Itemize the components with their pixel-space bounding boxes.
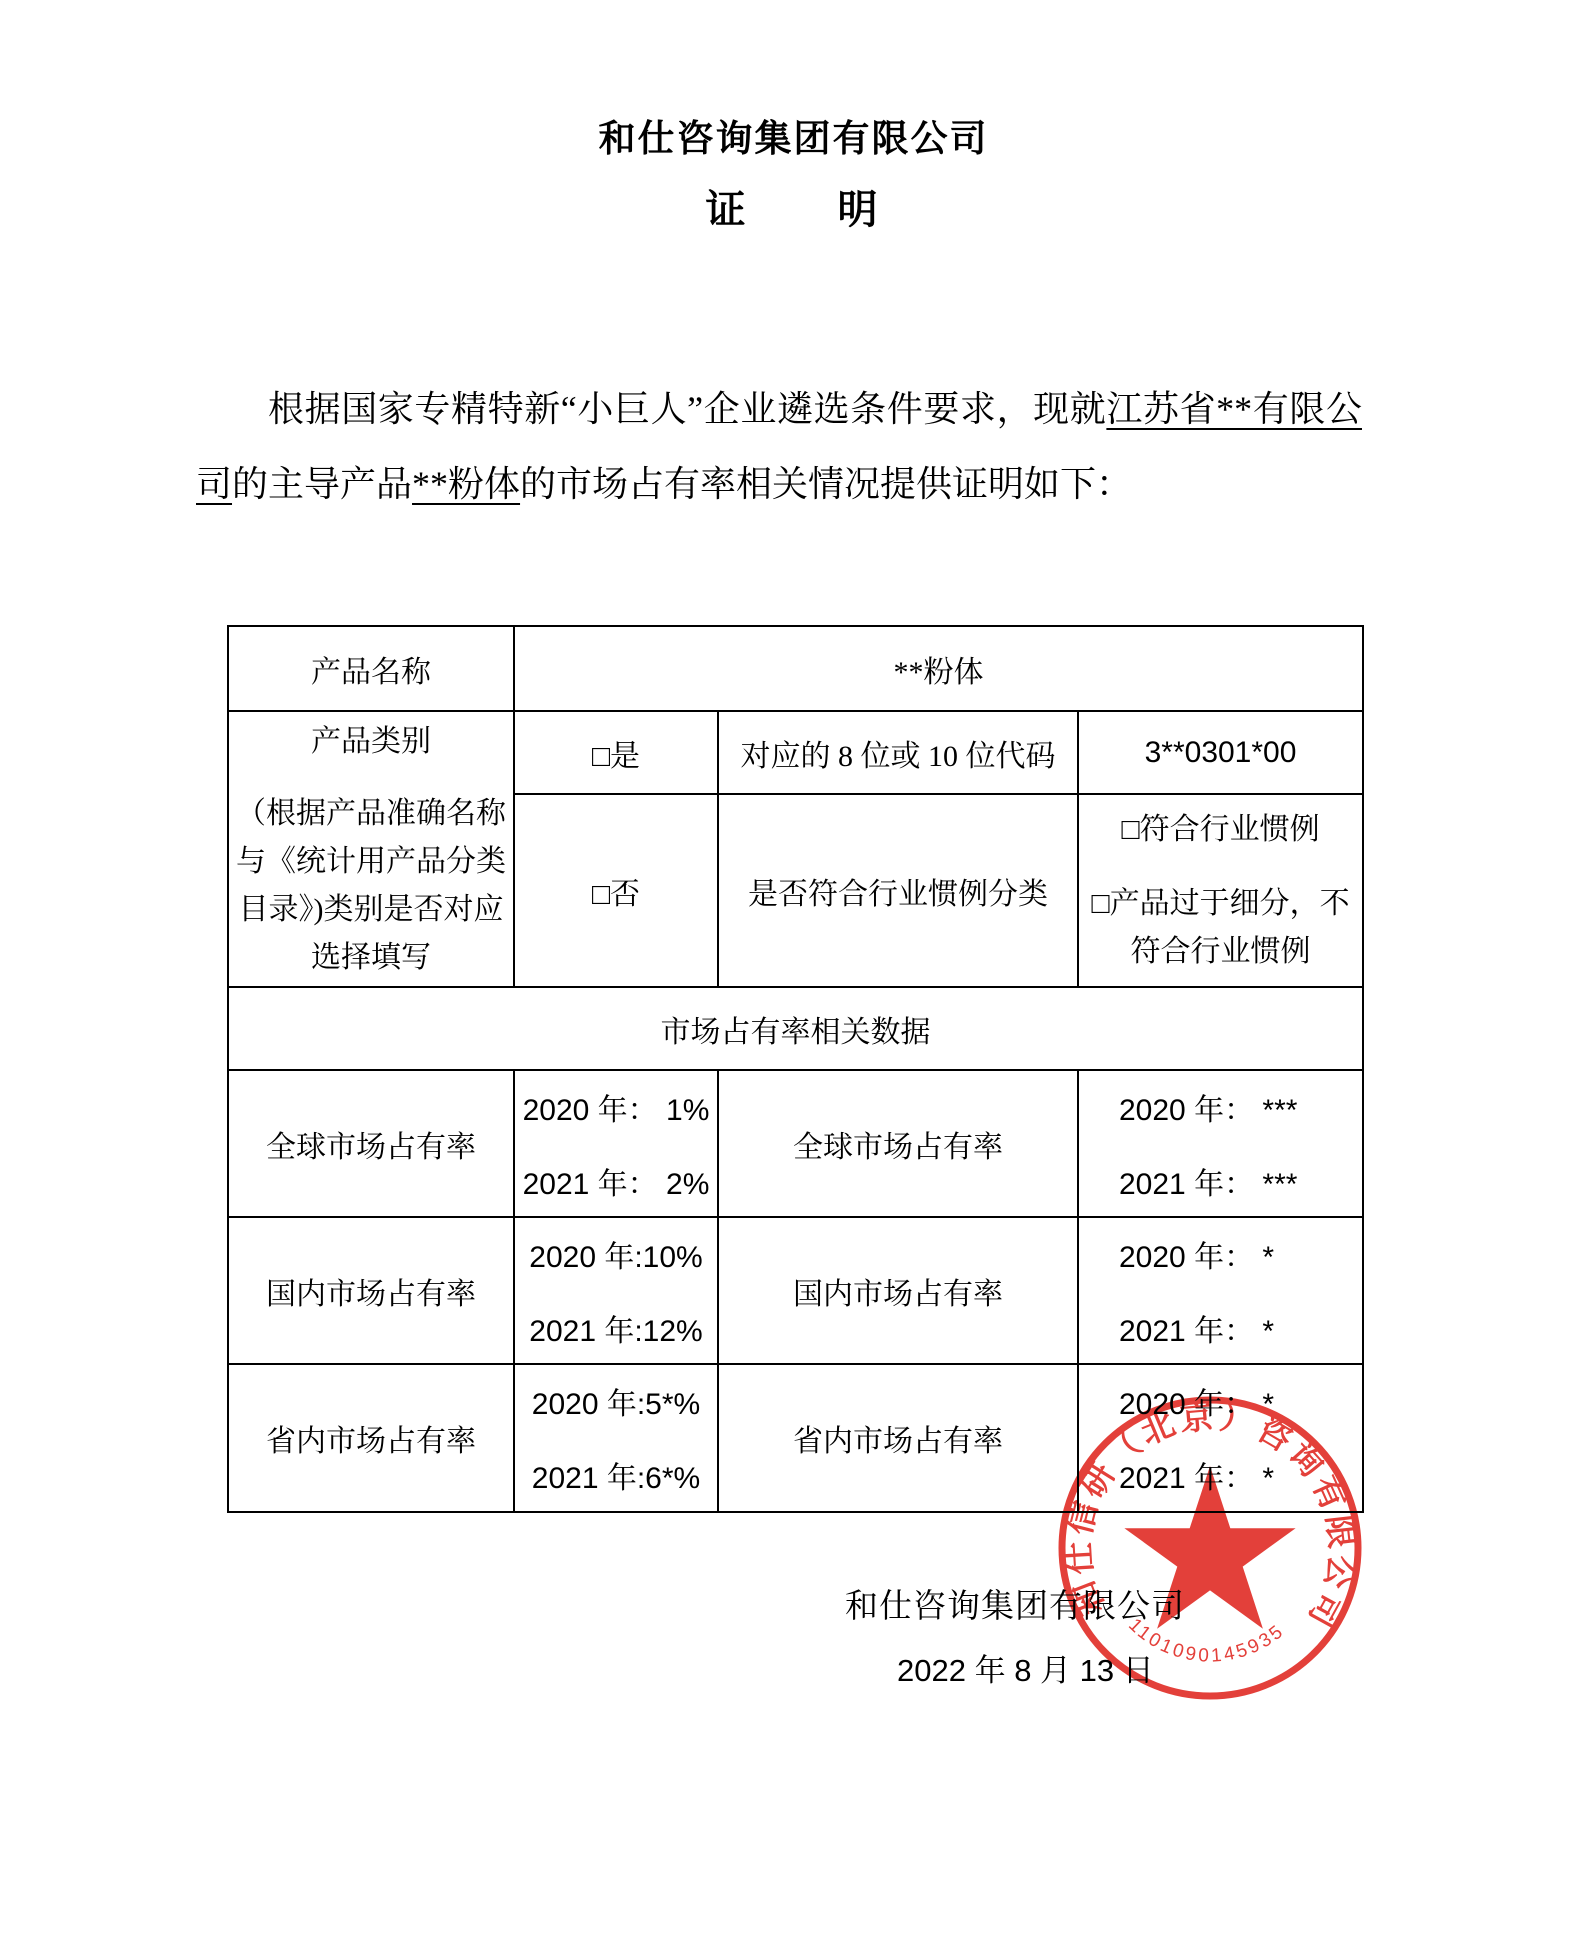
value-2021: 2021 年： *** bbox=[1119, 1159, 1297, 1203]
row-label-2: 省内市场占有率 bbox=[718, 1364, 1078, 1512]
value-2021: 2021 年： * bbox=[1119, 1453, 1274, 1497]
certificate-document-page: 和仕咨询集团有限公司 证 明 根据国家专精特新“小巨人”企业遴选条件要求，现就江… bbox=[0, 0, 1587, 1950]
value-2021: 2021 年： * bbox=[1119, 1306, 1274, 1350]
checkbox-yes: □是 bbox=[514, 711, 718, 794]
row-label: 省内市场占有率 bbox=[228, 1364, 514, 1512]
row-values-left: 2020 年： 1% 2021 年： 2% bbox=[514, 1070, 718, 1217]
row-label: 全球市场占有率 bbox=[228, 1070, 514, 1217]
table-row: 产品名称 **粉体 bbox=[228, 626, 1363, 711]
market-share-table: 产品名称 **粉体 产品类别 （根据产品准确名称与《统计用产品分类目录》)类别是… bbox=[227, 625, 1364, 1513]
redacted-product-name: **粉体 bbox=[412, 464, 520, 504]
row-values-right: 2020 年： * 2021 年： * bbox=[1078, 1364, 1363, 1512]
row-label: 国内市场占有率 bbox=[228, 1217, 514, 1364]
value-2020: 2020 年： * bbox=[1119, 1232, 1274, 1276]
value-2021: 2021 年： 2% bbox=[521, 1159, 711, 1203]
value-2020: 2020 年:5*% bbox=[521, 1379, 711, 1423]
value-2021: 2021 年:6*% bbox=[521, 1453, 711, 1497]
body-paragraph: 根据国家专精特新“小巨人”企业遴选条件要求，现就江苏省**有限公司的主导产品**… bbox=[196, 372, 1362, 522]
paragraph-segment: 的主导产品 bbox=[232, 464, 412, 504]
product-category-cell: 产品类别 （根据产品准确名称与《统计用产品分类目录》)类别是否对应选择填写 bbox=[228, 711, 514, 987]
value-2020: 2020 年： 1% bbox=[521, 1085, 711, 1129]
signature-date: 2022 年 8 月 13 日 bbox=[897, 1645, 1197, 1690]
paragraph-segment: 根据国家专精特新“小巨人”企业遴选条件要求，现就 bbox=[268, 389, 1106, 429]
paragraph-segment: 的市场占有率相关情况提供证明如下： bbox=[520, 464, 1132, 504]
table-row: 市场占有率相关数据 bbox=[228, 987, 1363, 1070]
checkbox-no: □否 bbox=[514, 794, 718, 987]
company-title: 和仕咨询集团有限公司 bbox=[0, 108, 1587, 162]
value-2020: 2020 年:10% bbox=[521, 1232, 711, 1276]
value-2021: 2021 年:12% bbox=[521, 1306, 711, 1350]
document-title: 证 明 bbox=[0, 178, 1587, 235]
row-label-2: 国内市场占有率 bbox=[718, 1217, 1078, 1364]
value-2020: 2020 年： * bbox=[1119, 1379, 1274, 1423]
table-row-domestic: 国内市场占有率 2020 年:10% 2021 年:12% 国内市场占有率 20… bbox=[228, 1217, 1363, 1364]
product-name-label: 产品名称 bbox=[228, 626, 514, 711]
industry-options-cell: □符合行业惯例 □产品过于细分，不符合行业惯例 bbox=[1078, 794, 1363, 987]
checkbox-too-subdivided: □产品过于细分，不符合行业惯例 bbox=[1085, 880, 1356, 976]
table-row: 产品类别 （根据产品准确名称与《统计用产品分类目录》)类别是否对应选择填写 □是… bbox=[228, 711, 1363, 794]
row-label-2: 全球市场占有率 bbox=[718, 1070, 1078, 1217]
signature-company: 和仕咨询集团有限公司 bbox=[845, 1580, 1205, 1627]
section-header: 市场占有率相关数据 bbox=[228, 987, 1363, 1070]
row-values-right: 2020 年： *** 2021 年： *** bbox=[1078, 1070, 1363, 1217]
industry-question: 是否符合行业惯例分类 bbox=[718, 794, 1078, 987]
row-values-left: 2020 年:5*% 2021 年:6*% bbox=[514, 1364, 718, 1512]
table-row-global: 全球市场占有率 2020 年： 1% 2021 年： 2% 全球市场占有率 20… bbox=[228, 1070, 1363, 1217]
code-label: 对应的 8 位或 10 位代码 bbox=[718, 711, 1078, 794]
checkbox-industry-standard: □符合行业惯例 bbox=[1085, 806, 1356, 854]
product-name-value: **粉体 bbox=[514, 626, 1363, 711]
code-value: 3**0301*00 bbox=[1078, 711, 1363, 794]
value-2020: 2020 年： *** bbox=[1119, 1085, 1297, 1129]
table-row-provincial: 省内市场占有率 2020 年:5*% 2021 年:6*% 省内市场占有率 20… bbox=[228, 1364, 1363, 1512]
product-category-label: 产品类别 bbox=[235, 716, 507, 760]
row-values-right: 2020 年： * 2021 年： * bbox=[1078, 1217, 1363, 1364]
row-values-left: 2020 年:10% 2021 年:12% bbox=[514, 1217, 718, 1364]
product-category-note: （根据产品准确名称与《统计用产品分类目录》)类别是否对应选择填写 bbox=[235, 790, 507, 982]
